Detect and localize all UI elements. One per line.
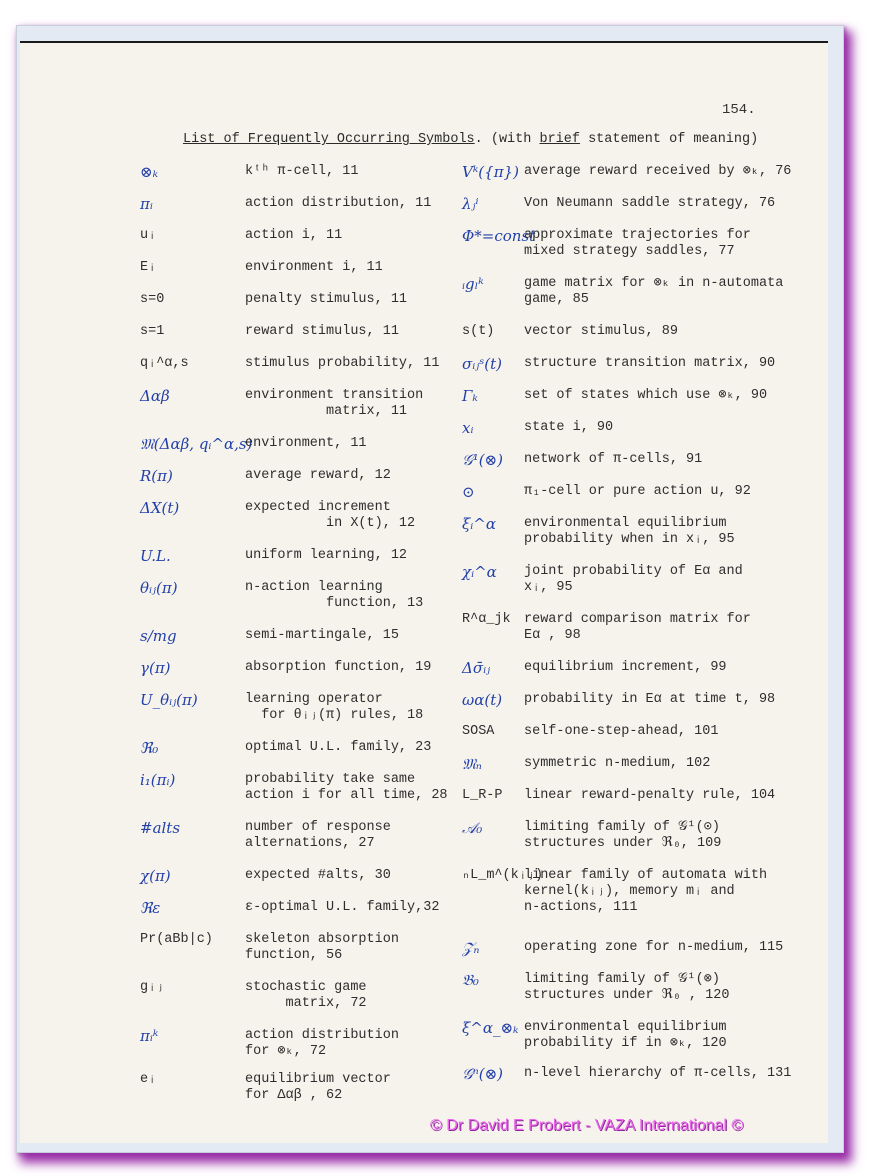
title-emphasis: brief [539, 132, 580, 147]
symbol: 𝒜₀ [462, 820, 482, 836]
symbol-meaning: expected increment in X(t), 12 [245, 500, 415, 532]
symbol: L_R-P [462, 788, 503, 804]
symbol: Eᵢ [140, 260, 156, 276]
symbol: ξᵢ^α [462, 516, 496, 532]
symbol-meaning: approximate trajectories for mixed strat… [524, 228, 751, 260]
symbol: χᵢ^α [462, 564, 497, 580]
copyright-watermark: © Dr David E Probert - VAZA Internationa… [430, 1117, 743, 1135]
symbol-meaning: action distribution for ⊗ₖ, 72 [245, 1028, 399, 1060]
symbol: s/mg [140, 628, 177, 644]
symbol-meaning: reward comparison matrix for Eα , 98 [524, 612, 751, 644]
symbol: Δσ̄ᵢⱼ [462, 660, 490, 676]
symbol-meaning: game matrix for ⊗ₖ in n-automata game, 8… [524, 276, 783, 308]
symbol: xᵢ [462, 420, 473, 436]
symbol-meaning: environment, 11 [245, 436, 367, 452]
symbol-meaning: n-level hierarchy of π-cells, 131 [524, 1066, 791, 1082]
symbol-meaning: ε-optimal U.L. family,32 [245, 900, 439, 916]
symbol: 𝒢¹(⊗) [462, 452, 503, 468]
symbol-meaning: number of response alternations, 27 [245, 820, 391, 852]
symbol: ℜ₀ [140, 740, 158, 756]
symbol: Δαβ [140, 388, 170, 404]
symbol: ℜε [140, 900, 160, 916]
symbol: πᵢ [140, 196, 153, 212]
symbol-meaning: symmetric n-medium, 102 [524, 756, 710, 772]
symbol: ΔX(t) [140, 500, 179, 516]
symbol-meaning: skeleton absorption function, 56 [245, 932, 399, 964]
symbol: s(t) [462, 324, 494, 340]
symbol-meaning: probability in Eα at time t, 98 [524, 692, 775, 708]
symbol: U.L. [140, 548, 171, 564]
symbol: Pr(aBb|c) [140, 932, 213, 948]
page-number: 154. [722, 102, 756, 118]
symbol: σᵢⱼˢ(t) [462, 356, 502, 372]
symbol-meaning: joint probability of Eα and xᵢ, 95 [524, 564, 743, 596]
symbol-meaning: network of π-cells, 91 [524, 452, 702, 468]
symbol: R^α_jk [462, 612, 511, 628]
symbol-meaning: environmental equilibrium probability wh… [524, 516, 735, 548]
symbol: 𝔐(Δαβ, qᵢ^α,s) [140, 436, 252, 452]
symbol-meaning: environment i, 11 [245, 260, 383, 276]
symbol: 𝔅₀ [462, 972, 479, 988]
symbol-meaning: linear reward-penalty rule, 104 [524, 788, 775, 804]
symbol-meaning: equilibrium vector for Δαβ , 62 [245, 1072, 391, 1104]
title-rest: statement of meaning) [580, 132, 758, 147]
symbol: 𝒢ⁿ(⊗) [462, 1066, 503, 1082]
symbol: θᵢⱼ(π) [140, 580, 178, 596]
symbol: ⊙ [462, 484, 475, 500]
symbol: i₁(πᵢ) [140, 772, 175, 788]
symbol-meaning: limiting family of 𝒢¹(⊗) structures unde… [524, 972, 729, 1004]
symbol: Γₖ [462, 388, 478, 404]
symbol-meaning: expected #alts, 30 [245, 868, 391, 884]
symbol-meaning: Von Neumann saddle strategy, 76 [524, 196, 775, 212]
symbol: ⊗ₖ [140, 164, 158, 180]
symbol-meaning: learning operator for θᵢⱼ(π) rules, 18 [245, 692, 423, 724]
symbol-meaning: uniform learning, 12 [245, 548, 407, 564]
symbol-meaning: kᵗʰ π-cell, 11 [245, 164, 358, 180]
symbol-meaning: average reward received by ⊗ₖ, 76 [524, 164, 791, 180]
symbol-meaning: limiting family of 𝒢¹(⊙) structures unde… [524, 820, 721, 852]
symbol-meaning: semi-martingale, 15 [245, 628, 399, 644]
symbol: πᵢᵏ [140, 1028, 158, 1044]
symbol: SOSA [462, 724, 494, 740]
symbol-meaning: n-action learning function, 13 [245, 580, 423, 612]
symbol-meaning: vector stimulus, 89 [524, 324, 678, 340]
title-sep: . (with [475, 132, 540, 147]
symbol-meaning: state i, 90 [524, 420, 613, 436]
symbol: uᵢ [140, 228, 156, 244]
symbol-meaning: absorption function, 19 [245, 660, 431, 676]
symbol-meaning: action i, 11 [245, 228, 342, 244]
symbol: ωα(t) [462, 692, 502, 708]
symbol: s=1 [140, 324, 164, 340]
symbol: 𝒵ₙ [462, 940, 480, 956]
symbol-meaning: structure transition matrix, 90 [524, 356, 775, 372]
symbol: R(π) [140, 468, 173, 484]
symbol-meaning: penalty stimulus, 11 [245, 292, 407, 308]
symbol: U_θᵢⱼ(π) [140, 692, 198, 708]
symbol-meaning: average reward, 12 [245, 468, 391, 484]
symbol-meaning: environmental equilibrium probability if… [524, 1020, 727, 1052]
symbol: ᵢgₗᵏ [462, 276, 484, 292]
symbol: s=0 [140, 292, 164, 308]
symbol-meaning: self-one-step-ahead, 101 [524, 724, 718, 740]
symbol: γ(π) [140, 660, 171, 676]
symbol-meaning: linear family of automata with kernel(kᵢ… [524, 868, 767, 916]
symbol-meaning: set of states which use ⊗ₖ, 90 [524, 388, 767, 404]
symbol-meaning: optimal U.L. family, 23 [245, 740, 431, 756]
symbol-meaning: operating zone for n-medium, 115 [524, 940, 783, 956]
page-title: List of Frequently Occurring Symbols. (w… [183, 132, 758, 147]
symbol-meaning: stimulus probability, 11 [245, 356, 439, 372]
symbol-meaning: π₁-cell or pure action u, 92 [524, 484, 751, 500]
symbol: ξ^α_⊗ₖ [462, 1020, 519, 1036]
symbol: λⱼⁱ [462, 196, 479, 212]
title-main: List of Frequently Occurring Symbols [183, 132, 475, 147]
symbol: #alts [140, 820, 180, 836]
symbol: Vᵏ({π}) [462, 164, 519, 180]
symbol-meaning: equilibrium increment, 99 [524, 660, 727, 676]
symbol-meaning: action distribution, 11 [245, 196, 431, 212]
symbol-meaning: probability take same action i for all t… [245, 772, 448, 804]
symbol-meaning: environment transition matrix, 11 [245, 388, 423, 420]
symbol: gᵢⱼ [140, 980, 164, 996]
symbol: 𝔐ₙ [462, 756, 482, 772]
symbol-meaning: reward stimulus, 11 [245, 324, 399, 340]
symbol: χ(π) [140, 868, 171, 884]
symbol: qᵢ^α,s [140, 356, 189, 372]
symbol-meaning: stochastic game matrix, 72 [245, 980, 367, 1012]
symbol: eᵢ [140, 1072, 156, 1088]
